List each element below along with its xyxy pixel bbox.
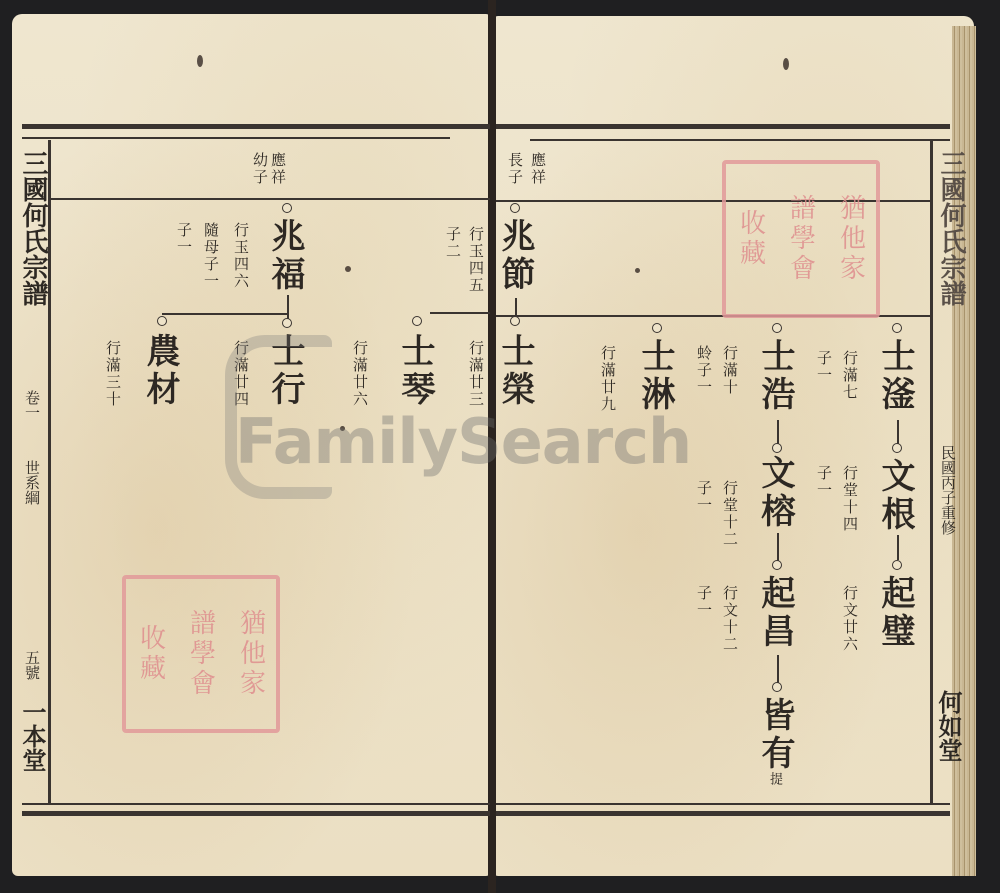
ink-stain bbox=[635, 268, 640, 273]
right-margin-hall: 何如堂 bbox=[936, 690, 960, 762]
link-zhaofu-shixing bbox=[287, 295, 289, 320]
header-father-name-right: 應祥 bbox=[530, 152, 545, 186]
person-shifu: 士滏 bbox=[878, 338, 912, 414]
note-shifu-rank: 行滿七 bbox=[842, 350, 857, 401]
note-shifu-sons: 子一 bbox=[816, 350, 831, 384]
note-zhaojie-sons: 子二 bbox=[445, 226, 460, 260]
seal-text: 猶他家 bbox=[833, 194, 870, 284]
header-son-rank-left: 幼子 bbox=[252, 152, 267, 186]
person-zhaojie: 兆節 bbox=[498, 218, 532, 294]
note-jieyou: 提 bbox=[768, 772, 781, 785]
note-shirong-rank: 行滿廿三 bbox=[468, 340, 483, 408]
header-son-rank-right: 長子 bbox=[507, 152, 522, 186]
node-qichang bbox=[772, 560, 782, 570]
note-qichang-rank: 行文十二 bbox=[722, 585, 737, 653]
note-shihao-rank: 行滿十 bbox=[722, 345, 737, 396]
bottom-border-left bbox=[22, 811, 490, 816]
right-margin-edition: 民國丙子重修 bbox=[940, 445, 955, 535]
link-shifu-wengen bbox=[897, 420, 899, 445]
right-margin-title: 三國何氏宗譜 bbox=[938, 150, 964, 306]
ink-stain bbox=[783, 58, 789, 70]
seal-text: 收藏 bbox=[733, 209, 770, 269]
gen-rule-left bbox=[430, 312, 490, 314]
note-zhaojie-rank: 行玉四五 bbox=[468, 226, 483, 294]
node-shifu bbox=[892, 323, 902, 333]
left-margin-number: 五號 bbox=[24, 650, 39, 680]
person-nongcai: 農材 bbox=[143, 333, 177, 409]
link-wengen-qibi bbox=[897, 535, 899, 560]
header-rule-left bbox=[50, 198, 490, 200]
person-zhaofu: 兆福 bbox=[268, 218, 302, 294]
person-shihao: 士浩 bbox=[758, 338, 792, 414]
bottom-inner-rule-left bbox=[22, 803, 490, 805]
person-qibi: 起璧 bbox=[878, 575, 912, 651]
person-shilin: 士淋 bbox=[638, 338, 672, 414]
note-qibi-rank: 行文廿六 bbox=[842, 585, 857, 653]
note-wenrong-rank: 行堂十二 bbox=[722, 480, 737, 548]
library-seal-right: 猶他家 譜學會 收藏 bbox=[722, 160, 880, 318]
top-border-left bbox=[22, 124, 490, 129]
seal-text: 收藏 bbox=[133, 624, 170, 684]
link-shihao-wenrong bbox=[777, 420, 779, 445]
note-wenrong-sons: 子一 bbox=[696, 480, 711, 514]
person-shiqin: 士琴 bbox=[398, 333, 432, 409]
note-wengen-sons: 子一 bbox=[816, 465, 831, 499]
person-wengen: 文根 bbox=[878, 458, 912, 534]
left-margin-section: 世系綱 bbox=[24, 460, 39, 505]
node-zhaojie bbox=[510, 203, 520, 213]
seal-text: 譜學會 bbox=[783, 194, 820, 284]
node-wengen bbox=[892, 443, 902, 453]
node-shihao bbox=[772, 323, 782, 333]
node-shixing bbox=[282, 318, 292, 328]
top-inner-rule-right bbox=[530, 139, 950, 141]
node-jieyou bbox=[772, 682, 782, 692]
link-qichang-jieyou bbox=[777, 655, 779, 685]
note-shiqin-rank: 行滿廿六 bbox=[352, 340, 367, 408]
left-margin-volume: 卷一 bbox=[24, 390, 39, 420]
top-border-right bbox=[496, 124, 950, 129]
ink-stain bbox=[197, 55, 203, 67]
seal-text: 譜學會 bbox=[183, 609, 220, 699]
note-shihao-adopted: 蛉子一 bbox=[696, 345, 711, 396]
link-zhaofu-nongcai bbox=[162, 313, 287, 315]
note-wengen-rank: 行堂十四 bbox=[842, 465, 857, 533]
note-zhaofu-sons: 子一 bbox=[176, 222, 191, 256]
link-wenrong-qichang bbox=[777, 533, 779, 563]
node-qibi bbox=[892, 560, 902, 570]
note-zhaofu-rank: 行玉四六 bbox=[233, 222, 248, 290]
link-zhaojie-shirong bbox=[515, 298, 517, 318]
ink-stain bbox=[345, 266, 351, 272]
note-zhaofu-stepson: 隨母子一 bbox=[203, 222, 218, 290]
left-margin-hall: 一本堂 bbox=[20, 700, 44, 772]
right-margin-rule bbox=[930, 140, 933, 805]
node-shilin bbox=[652, 323, 662, 333]
node-wenrong bbox=[772, 443, 782, 453]
header-father-name-left: 應祥 bbox=[270, 152, 285, 186]
bottom-inner-rule-right bbox=[496, 803, 950, 805]
watermark: FamilySearch bbox=[235, 405, 691, 478]
person-qichang: 起昌 bbox=[758, 575, 792, 651]
seal-text: 猶他家 bbox=[233, 609, 270, 699]
person-wenrong: 文榕 bbox=[758, 455, 792, 531]
node-zhaofu bbox=[282, 203, 292, 213]
top-inner-rule-left bbox=[22, 137, 450, 139]
note-nongcai-rank: 行滿三十 bbox=[105, 340, 120, 408]
node-shirong bbox=[510, 316, 520, 326]
left-margin-title: 三國何氏宗譜 bbox=[20, 150, 46, 306]
person-jieyou: 皆有 bbox=[758, 697, 792, 773]
person-shirong: 士榮 bbox=[498, 333, 532, 409]
left-margin-rule bbox=[48, 140, 51, 805]
note-shilin-rank: 行滿廿九 bbox=[600, 345, 615, 413]
note-qichang-sons: 子一 bbox=[696, 585, 711, 619]
bottom-border-right bbox=[496, 811, 950, 816]
node-nongcai bbox=[157, 316, 167, 326]
node-shiqin bbox=[412, 316, 422, 326]
library-seal-left: 猶他家 譜學會 收藏 bbox=[122, 575, 280, 733]
